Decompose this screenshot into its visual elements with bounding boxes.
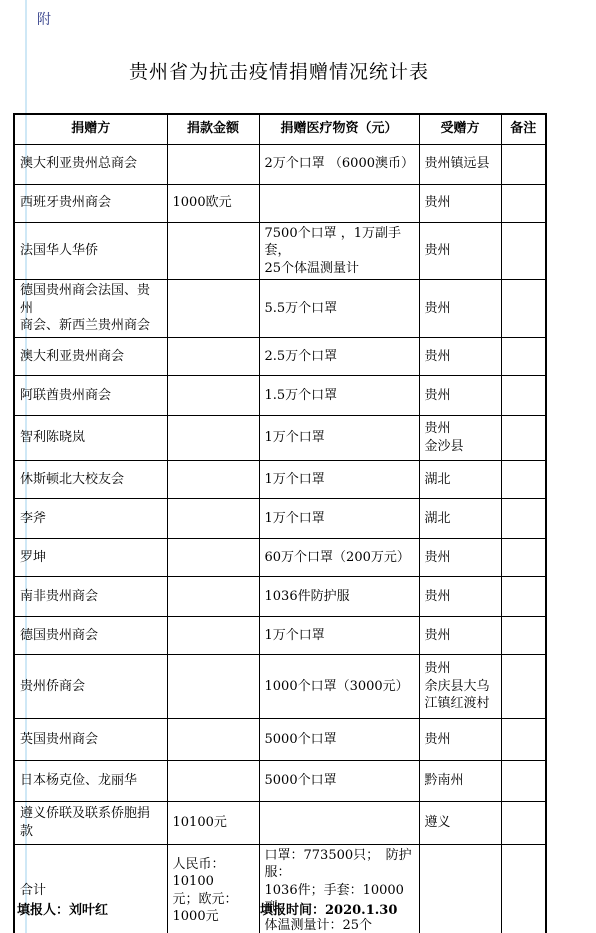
cell-amount bbox=[167, 337, 259, 375]
cell-note bbox=[501, 184, 546, 222]
cell-supplies: 5000个口罩 bbox=[259, 760, 419, 801]
table-row: 德国贵州商会法国、贵州 商会、新西兰贵州商会5.5万个口罩贵州 bbox=[14, 280, 546, 338]
cell-donor: 遵义侨联及联系侨胞捐款 bbox=[14, 801, 167, 844]
report-time-label: 填报时间：2020.1.30 bbox=[260, 899, 397, 918]
cell-recipient bbox=[419, 844, 501, 933]
cell-amount bbox=[167, 654, 259, 718]
table-row: 法国华人华侨7500个口罩 ，1万副手套， 25个体温测量计贵州 bbox=[14, 222, 546, 280]
table-row: 罗坤60万个口罩（200万元）贵州 bbox=[14, 538, 546, 576]
reporter-label: 填报人：刘叶红 bbox=[17, 899, 108, 918]
cell-amount bbox=[167, 415, 259, 460]
cell-note bbox=[501, 616, 546, 654]
cell-supplies: 1万个口罩 bbox=[259, 415, 419, 460]
table-row: 智利陈晓岚1万个口罩贵州 金沙县 bbox=[14, 415, 546, 460]
cell-donor: 李斧 bbox=[14, 498, 167, 538]
cell-supplies: 口罩：773500只； 防护服： 1036件；手套：10000副； 体温测量计：… bbox=[259, 844, 419, 933]
cell-donor: 罗坤 bbox=[14, 538, 167, 576]
cell-note bbox=[501, 718, 546, 760]
table-row: 澳大利亚贵州总商会2万个口罩 （6000澳币）贵州镇远县 bbox=[14, 144, 546, 184]
cell-note bbox=[501, 801, 546, 844]
cell-amount bbox=[167, 718, 259, 760]
cell-recipient: 遵义 bbox=[419, 801, 501, 844]
cell-amount: 1000欧元 bbox=[167, 184, 259, 222]
cell-amount bbox=[167, 498, 259, 538]
cell-donor: 德国贵州商会法国、贵州 商会、新西兰贵州商会 bbox=[14, 280, 167, 338]
cell-supplies: 2.5万个口罩 bbox=[259, 337, 419, 375]
cell-donor: 休斯顿北大校友会 bbox=[14, 460, 167, 498]
table-row: 日本杨克俭、龙丽华5000个口罩黔南州 bbox=[14, 760, 546, 801]
cell-amount bbox=[167, 538, 259, 576]
cell-donor: 德国贵州商会 bbox=[14, 616, 167, 654]
donation-table: 捐赠方捐款金额捐赠医疗物资（元）受赠方备注 澳大利亚贵州总商会2万个口罩 （60… bbox=[13, 113, 547, 933]
cell-donor: 合计 bbox=[14, 844, 167, 933]
cell-supplies: 1万个口罩 bbox=[259, 616, 419, 654]
cell-note bbox=[501, 576, 546, 616]
cell-supplies bbox=[259, 801, 419, 844]
cell-amount bbox=[167, 144, 259, 184]
table-row: 遵义侨联及联系侨胞捐款10100元遵义 bbox=[14, 801, 546, 844]
cell-note bbox=[501, 654, 546, 718]
cell-amount: 10100元 bbox=[167, 801, 259, 844]
cell-donor: 西班牙贵州商会 bbox=[14, 184, 167, 222]
cell-donor: 英国贵州商会 bbox=[14, 718, 167, 760]
cell-recipient: 贵州镇远县 bbox=[419, 144, 501, 184]
cell-supplies: 1036件防护服 bbox=[259, 576, 419, 616]
cell-amount bbox=[167, 222, 259, 280]
cell-supplies: 7500个口罩 ，1万副手套， 25个体温测量计 bbox=[259, 222, 419, 280]
cell-supplies: 1万个口罩 bbox=[259, 498, 419, 538]
table-row: 合计人民币：10100 元；欧元： 1000元口罩：773500只； 防护服： … bbox=[14, 844, 546, 933]
cell-donor: 法国华人华侨 bbox=[14, 222, 167, 280]
cell-amount bbox=[167, 760, 259, 801]
cell-supplies: 2万个口罩 （6000澳币） bbox=[259, 144, 419, 184]
table-row: 澳大利亚贵州商会2.5万个口罩贵州 bbox=[14, 337, 546, 375]
cell-note bbox=[501, 337, 546, 375]
header-cell-note: 备注 bbox=[501, 114, 546, 144]
cell-note bbox=[501, 498, 546, 538]
cell-supplies: 5000个口罩 bbox=[259, 718, 419, 760]
header-cell-recipient: 受赠方 bbox=[419, 114, 501, 144]
cell-supplies: 1.5万个口罩 bbox=[259, 375, 419, 415]
cell-supplies: 1万个口罩 bbox=[259, 460, 419, 498]
cell-supplies: 60万个口罩（200万元） bbox=[259, 538, 419, 576]
cell-donor: 澳大利亚贵州总商会 bbox=[14, 144, 167, 184]
cell-note bbox=[501, 844, 546, 933]
cell-donor: 日本杨克俭、龙丽华 bbox=[14, 760, 167, 801]
cell-recipient: 湖北 bbox=[419, 460, 501, 498]
cell-recipient: 湖北 bbox=[419, 498, 501, 538]
cell-recipient: 贵州 bbox=[419, 184, 501, 222]
cell-amount bbox=[167, 460, 259, 498]
cell-recipient: 贵州 bbox=[419, 337, 501, 375]
cell-supplies: 5.5万个口罩 bbox=[259, 280, 419, 338]
cell-note bbox=[501, 222, 546, 280]
cell-donor: 智利陈晓岚 bbox=[14, 415, 167, 460]
table-row: 阿联酋贵州商会1.5万个口罩贵州 bbox=[14, 375, 546, 415]
cell-note bbox=[501, 760, 546, 801]
cell-recipient: 贵州 bbox=[419, 616, 501, 654]
header-cell-supplies: 捐赠医疗物资（元） bbox=[259, 114, 419, 144]
cell-amount bbox=[167, 576, 259, 616]
table-row: 英国贵州商会5000个口罩贵州 bbox=[14, 718, 546, 760]
cell-recipient: 贵州 金沙县 bbox=[419, 415, 501, 460]
cell-amount bbox=[167, 280, 259, 338]
table-row: 李斧1万个口罩湖北 bbox=[14, 498, 546, 538]
cell-donor: 阿联酋贵州商会 bbox=[14, 375, 167, 415]
table-row: 贵州侨商会1000个口罩（3000元）贵州 余庆县大乌 江镇红渡村 bbox=[14, 654, 546, 718]
header-cell-amount: 捐款金额 bbox=[167, 114, 259, 144]
table-row: 南非贵州商会1036件防护服贵州 bbox=[14, 576, 546, 616]
cell-recipient: 黔南州 bbox=[419, 760, 501, 801]
cell-note bbox=[501, 415, 546, 460]
cell-recipient: 贵州 bbox=[419, 375, 501, 415]
cell-recipient: 贵州 bbox=[419, 718, 501, 760]
cell-note bbox=[501, 375, 546, 415]
cell-amount bbox=[167, 616, 259, 654]
cell-recipient: 贵州 余庆县大乌 江镇红渡村 bbox=[419, 654, 501, 718]
cell-supplies bbox=[259, 184, 419, 222]
cell-note bbox=[501, 460, 546, 498]
cell-recipient: 贵州 bbox=[419, 538, 501, 576]
attachment-label: 附 bbox=[37, 9, 51, 29]
cell-amount bbox=[167, 375, 259, 415]
cell-note bbox=[501, 280, 546, 338]
cell-recipient: 贵州 bbox=[419, 222, 501, 280]
cell-amount: 人民币：10100 元；欧元： 1000元 bbox=[167, 844, 259, 933]
cell-recipient: 贵州 bbox=[419, 576, 501, 616]
header-cell-donor: 捐赠方 bbox=[14, 114, 167, 144]
table-row: 德国贵州商会1万个口罩贵州 bbox=[14, 616, 546, 654]
cell-note bbox=[501, 144, 546, 184]
page-footer: 填报人：刘叶红 填报时间：2020.1.30 bbox=[0, 899, 596, 919]
table-row: 西班牙贵州商会1000欧元贵州 bbox=[14, 184, 546, 222]
cell-donor: 贵州侨商会 bbox=[14, 654, 167, 718]
page-title: 贵州省为抗击疫情捐赠情况统计表 bbox=[13, 57, 545, 84]
cell-note bbox=[501, 538, 546, 576]
cell-donor: 澳大利亚贵州商会 bbox=[14, 337, 167, 375]
table-body: 澳大利亚贵州总商会2万个口罩 （6000澳币）贵州镇远县西班牙贵州商会1000欧… bbox=[14, 144, 546, 933]
cell-recipient: 贵州 bbox=[419, 280, 501, 338]
table-header-row: 捐赠方捐款金额捐赠医疗物资（元）受赠方备注 bbox=[14, 114, 546, 144]
table-row: 休斯顿北大校友会1万个口罩湖北 bbox=[14, 460, 546, 498]
cell-supplies: 1000个口罩（3000元） bbox=[259, 654, 419, 718]
cell-donor: 南非贵州商会 bbox=[14, 576, 167, 616]
